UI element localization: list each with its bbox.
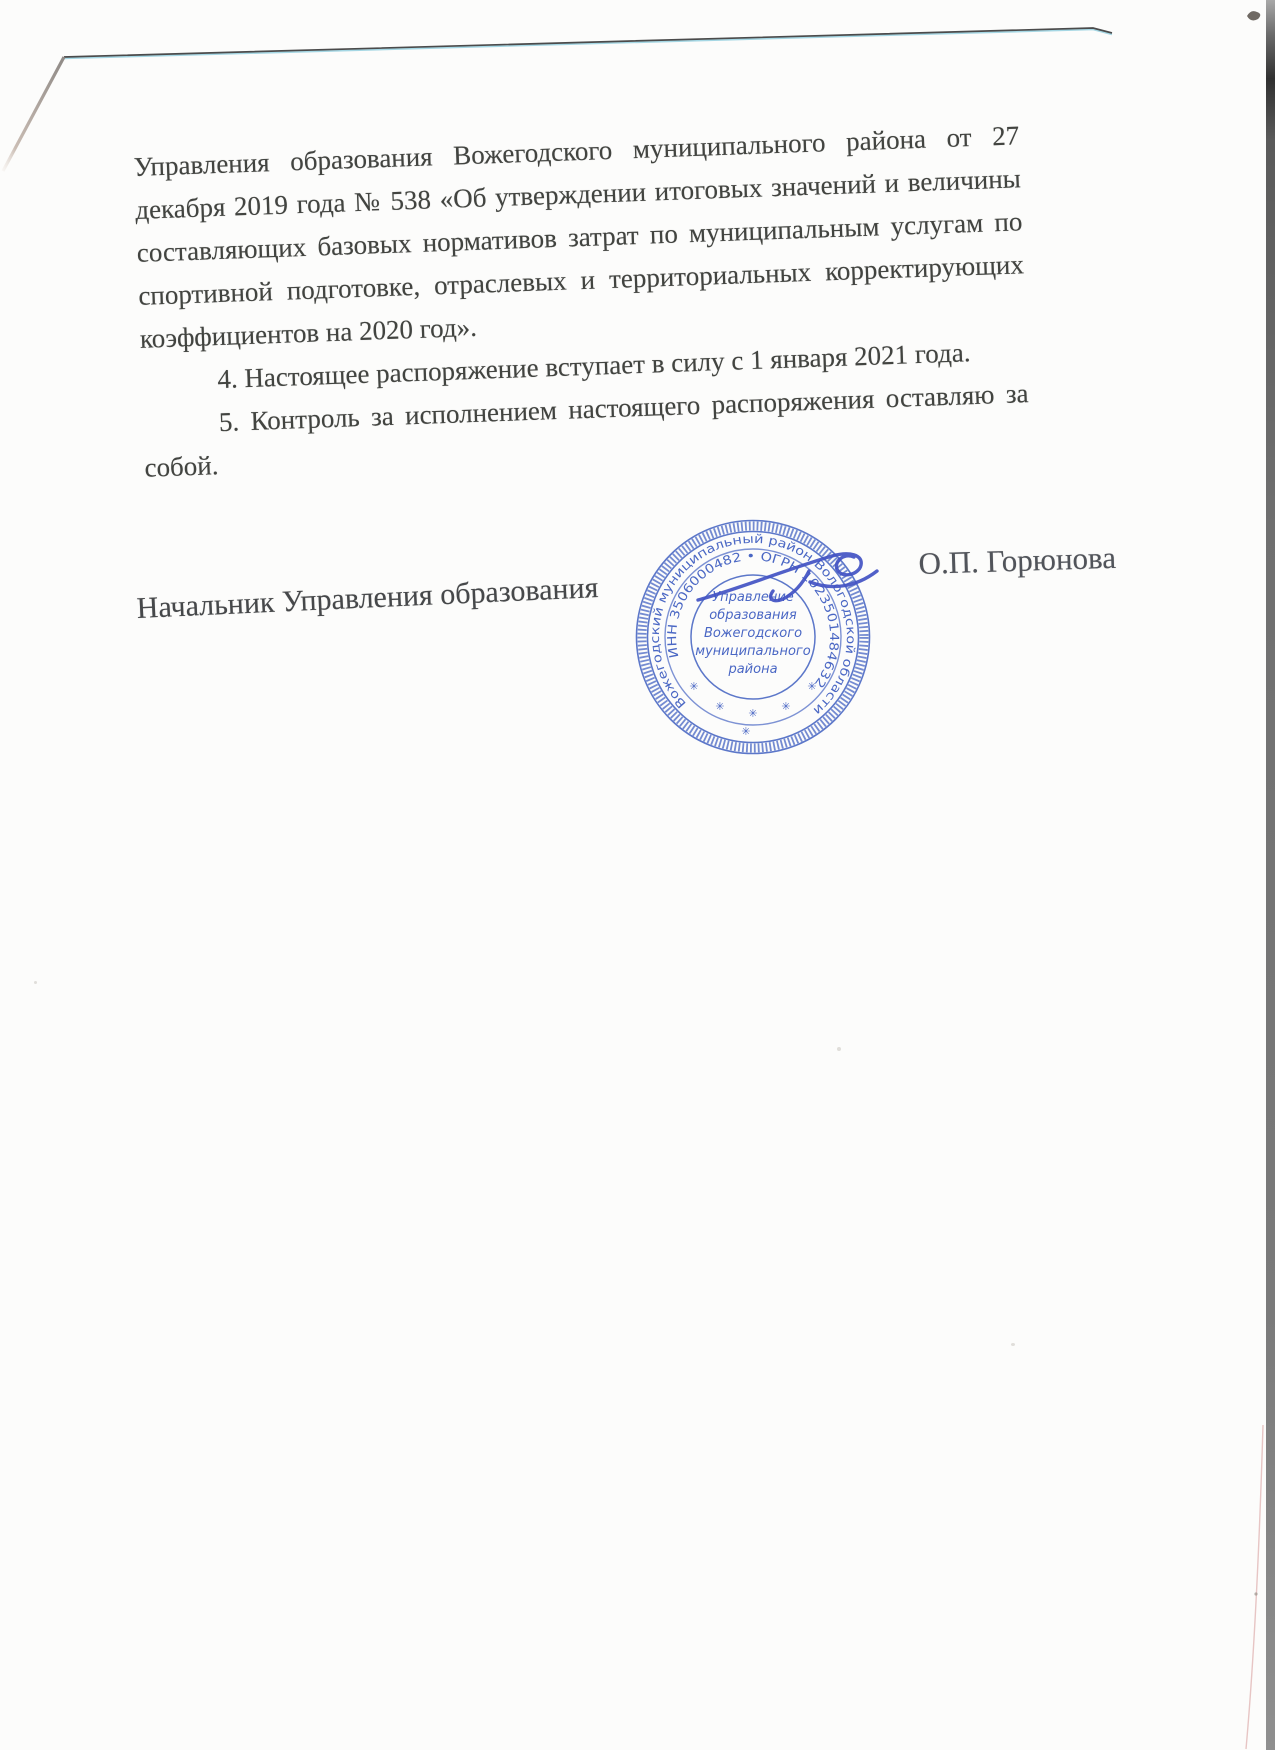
svg-text:✳: ✳ [748,707,757,720]
scanned-document-page: Управления образования Вожегодского муни… [0,0,1275,1750]
svg-text:✳: ✳ [689,680,698,693]
paper-speck [34,981,37,984]
stamp-center-line: Вожегодского [704,626,802,641]
svg-text:✳: ✳ [807,680,816,693]
scan-right-strip [1266,0,1275,1750]
position-title: Начальник Управления образования [136,571,599,626]
paper-speck [1011,1343,1015,1346]
svg-text:✳: ✳ [781,700,790,713]
scan-dot [1254,1592,1257,1595]
svg-text:✳: ✳ [715,700,724,713]
scan-crease-line [1246,1425,1263,1749]
stamp-asterisks: ✳ ✳ ✳ ✳ ✳ ✳ [689,680,816,738]
scan-speck [1247,11,1260,20]
scan-edge-fringe [64,30,1112,59]
document-body: Управления образования Вожегодского муни… [133,114,1031,489]
scan-edge-top-line [64,28,1112,57]
signer-name: О.П. Горюнова [918,540,1117,582]
scan-corner-fold-line [3,57,64,171]
paper-speck [837,1047,841,1051]
stamp-center-line: муниципального [695,644,810,659]
stamp-center-line: района [727,662,777,677]
handwritten-signature [690,540,890,620]
svg-text:✳: ✳ [741,725,750,738]
